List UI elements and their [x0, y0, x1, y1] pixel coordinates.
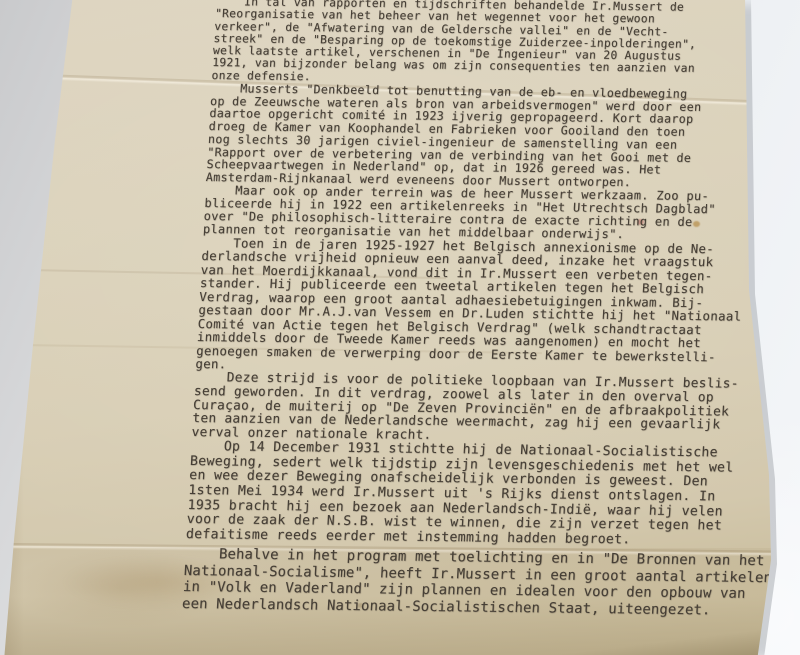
typewritten-paragraph: Op 14 December 1931 stichtte hij de Nati… [185, 440, 750, 549]
paper-sheet: In tal van rapporten en tijdschriften be… [0, 0, 800, 655]
photo-scene: In tal van rapporten en tijdschriften be… [0, 0, 800, 655]
typewritten-paragraph: Musserts "Denkbeeld tot benutting van de… [206, 82, 771, 190]
typewritten-paragraph: In tal van rapporten en tijdschriften be… [211, 0, 775, 89]
typewritten-text-block: In tal van rapporten en tijdschriften be… [182, 0, 776, 619]
typewritten-paragraph: Behalve in het program met toelichting e… [182, 546, 745, 618]
typewritten-paragraph: Toen in de jaren 1925-1927 het Belgisch … [195, 236, 762, 378]
typewritten-paragraph: Deze strijd is voor de politieke loopbaa… [191, 371, 755, 447]
typewritten-paragraph: Maar ook op ander terrein was de heer Mu… [203, 184, 766, 243]
